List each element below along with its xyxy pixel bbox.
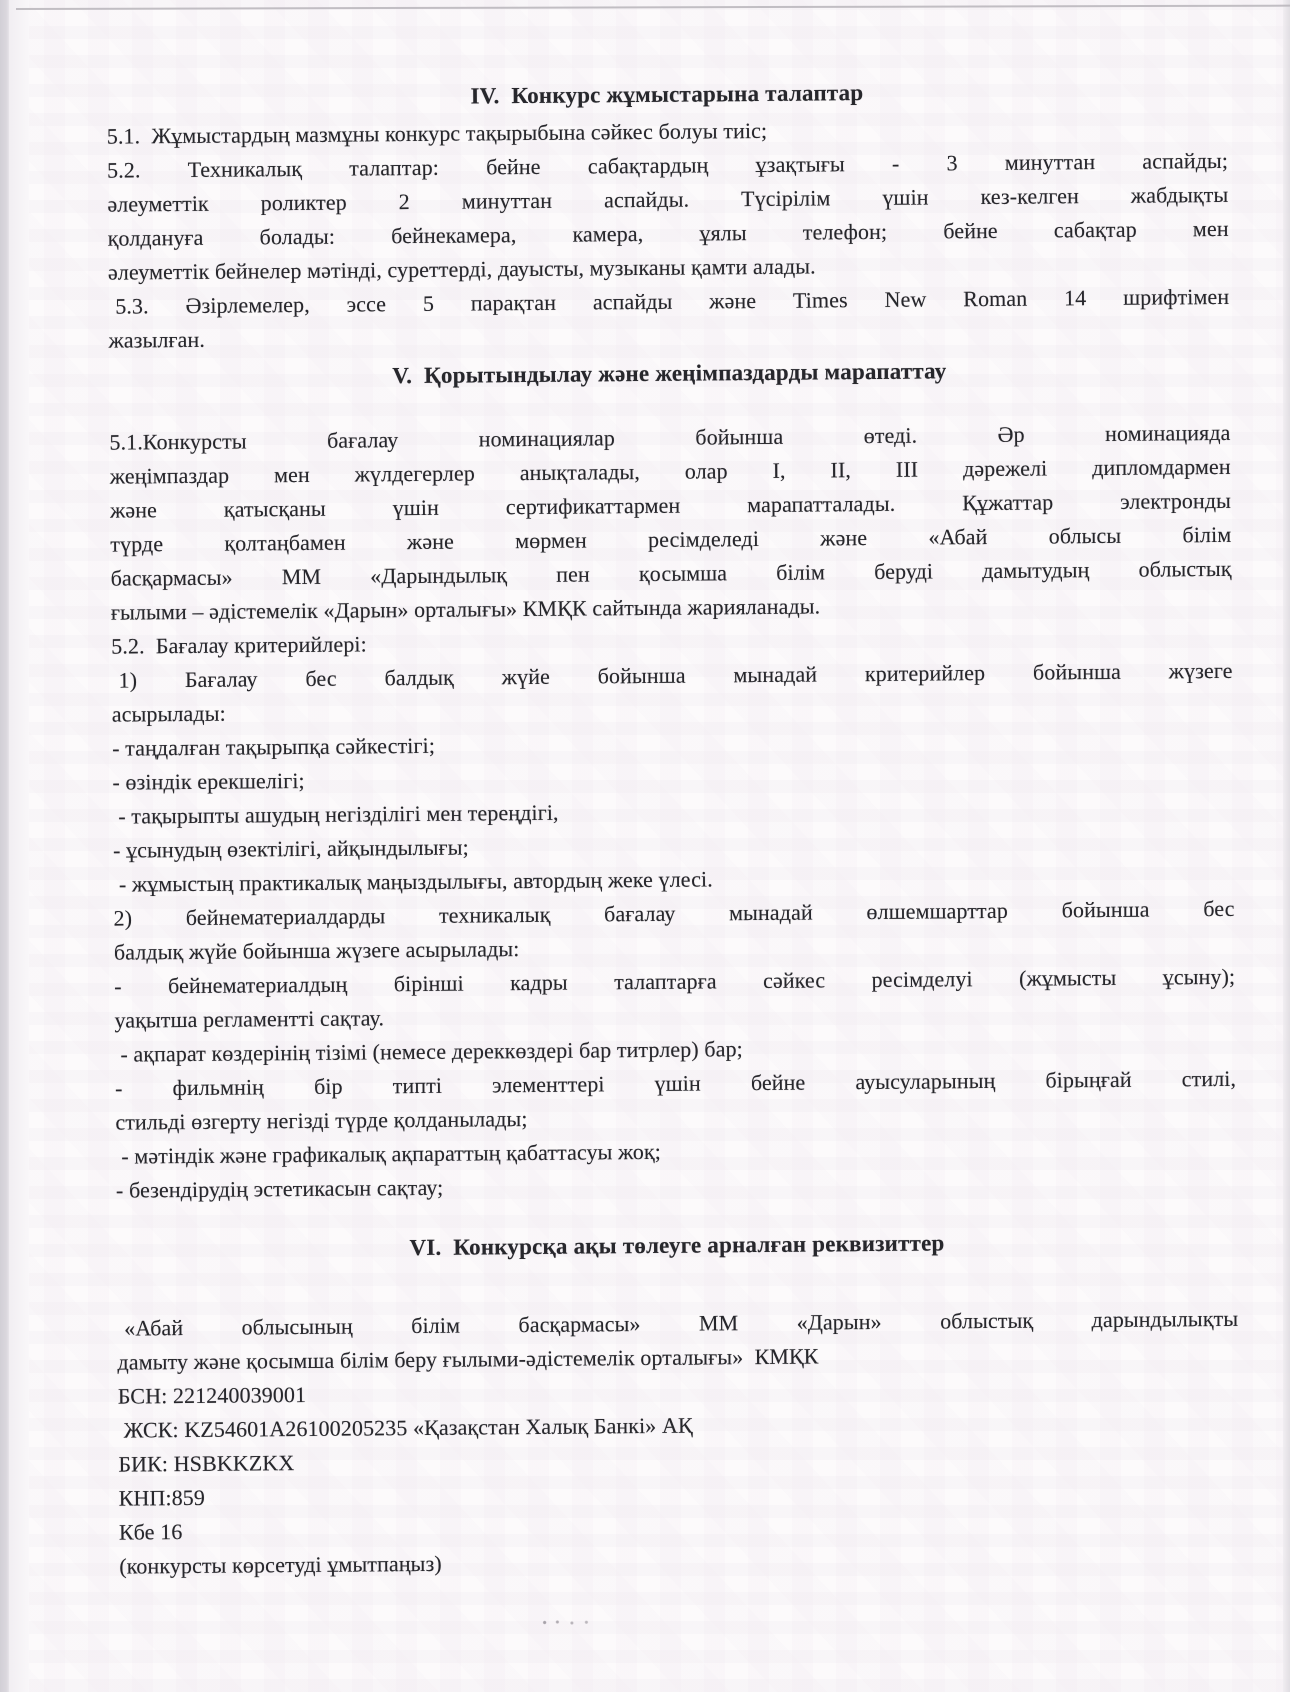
scan-edge-shadow-right: [1283, 0, 1290, 1692]
scan-edge-shadow-left: [0, 0, 9, 1692]
section-iv: IV. Конкурс жұмыстарына талаптар5.1. Жұм…: [106, 73, 1229, 358]
document-text-block: IV. Конкурс жұмыстарына талаптар5.1. Жұм…: [106, 73, 1240, 1584]
scan-smudge: [540, 1620, 598, 1625]
scan-edge-gradient-left: [9, 0, 29, 1692]
section-heading-iv: IV. Конкурс жұмыстарына талаптар: [106, 73, 1227, 117]
section-v: V. Қорытындылау және жеңімпаздарды марап…: [109, 352, 1237, 1208]
section-vi: VI. Конкурсқа ақы төлеуге арналған рекви…: [116, 1224, 1240, 1584]
section-heading-vi: VI. Конкурсқа ақы төлеуге арналған рекви…: [116, 1224, 1237, 1268]
document-page: IV. Конкурс жұмыстарына талаптар5.1. Жұм…: [0, 0, 1290, 1625]
section-heading-v: V. Қорытындылау және жеңімпаздарды марап…: [109, 352, 1230, 396]
